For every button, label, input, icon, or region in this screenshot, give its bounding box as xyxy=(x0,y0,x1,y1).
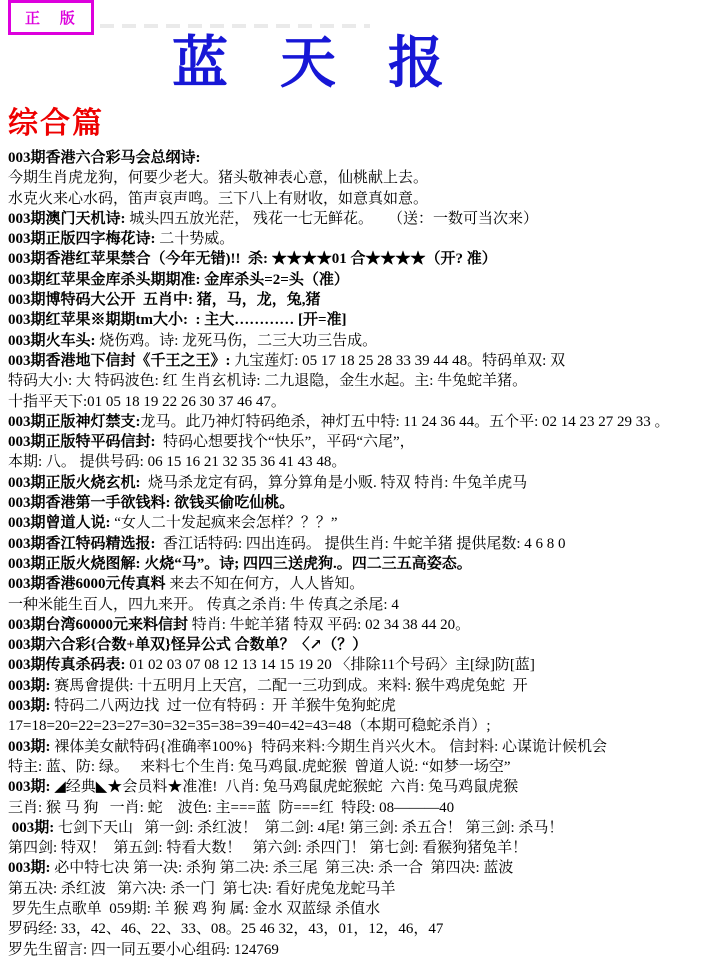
content-line-lead: 003期: xyxy=(8,779,51,795)
content-line-text: 水克火来心水码，笛声哀声鸣。三下八上有财收，如意真如意。 xyxy=(8,191,428,207)
faint-print-artifact xyxy=(100,24,370,28)
content-line-text: “女人二十发起疯来会怎样？？？” xyxy=(111,515,338,531)
content-line: 罗先生留言: 四一同五要小心组码: 124769 xyxy=(8,940,723,960)
content-line-lead: 003期正版神灯禁支: xyxy=(8,414,141,430)
content-line-lead: 003期红苹果※期期tm大小: : 主大………… [开=准] xyxy=(8,312,347,328)
content-line-text: 特主: 蓝、防: 绿。 来料七个生肖: 兔马鸡鼠.虎蛇猴 曾道人说: “如梦一场… xyxy=(8,759,511,775)
content-line-lead: 003期传真杀码表: xyxy=(8,657,126,673)
content-line-lead: 003期香港6000元传真料 xyxy=(8,576,166,592)
content-line: 003期正版四字梅花诗: 二十势威。 xyxy=(8,229,723,249)
content-line: 003期: 赛馬會提供: 十五明月上天宫，二配一三功到成。来料: 猴牛鸡虎兔蛇 … xyxy=(8,676,723,696)
authenticity-badge-label: 正 版 xyxy=(25,11,83,27)
content-line: 003期香港红苹果禁合（今年无错)!! 杀: ★★★★01 合★★★★（开? 准… xyxy=(8,249,723,269)
content-line: 003期红苹果※期期tm大小: : 主大………… [开=准] xyxy=(8,310,723,330)
content-line: 003期正版火烧图解: 火烧“马”。诗; 四四三送虎狗.。四二三五高姿态。 xyxy=(8,554,723,574)
content-line-text: 烧伤鸡。诗: 龙死马伤，二三大功三告成。 xyxy=(96,333,378,349)
content-line: 003期火车头: 烧伤鸡。诗: 龙死马伤，二三大功三告成。 xyxy=(8,331,723,351)
content-line-text: 01 02 03 07 08 12 13 14 15 19 20 〈排除11个号… xyxy=(126,657,535,673)
content-line-text: 特肖: 牛蛇羊猪 特双 平码: 02 34 38 44 20。 xyxy=(188,617,470,633)
content-line: 罗先生点歌单 059期: 羊 猴 鸡 狗 属: 金水 双蓝绿 杀值水 xyxy=(8,899,723,919)
content-line-text: 裸体美女献特码{准确率100%} 特码来料:今期生肖兴火木。 信封料: 心谋诡计… xyxy=(51,739,607,755)
content-line: 003期传真杀码表: 01 02 03 07 08 12 13 14 15 19… xyxy=(8,655,723,675)
content-line-text: 第五决: 杀红波 第六决: 杀一门 第七决: 看好虎兔龙蛇马羊 xyxy=(8,881,396,897)
content-line-text: 罗码经: 33，42、46、22、33、08。25 46 32，43，01，12… xyxy=(8,921,443,937)
content-line-text: 今期生肖虎龙狗，何要少老大。猪头敬神表心意，仙桃献上去。 xyxy=(8,170,428,186)
content-line: 特主: 蓝、防: 绿。 来料七个生肖: 兔马鸡鼠.虎蛇猴 曾道人说: “如梦一场… xyxy=(8,757,723,777)
content-line-text: 特码大小: 大 特码波色: 红 生肖玄机诗: 二九退隐，金生水起。主: 牛兔蛇羊… xyxy=(8,373,527,389)
content-line-lead: 003期博特码大公开 五肖中: 猪，马，龙，兔,猪 xyxy=(8,292,321,308)
content-line-text: 九宝莲灯: 05 17 18 25 28 33 39 44 48。特码单双: 双 xyxy=(231,353,566,369)
content-line-lead: 003期: xyxy=(8,860,51,876)
content-line: 003期台湾60000元来料信封 特肖: 牛蛇羊猪 特双 平码: 02 34 3… xyxy=(8,615,723,635)
tip-sheet-body: 003期香港六合彩马会总纲诗:今期生肖虎龙狗，何要少老大。猪头敬神表心意，仙桃献… xyxy=(8,148,723,960)
content-line-lead: 003期香港红苹果禁合（今年无错)!! 杀: ★★★★01 合★★★★（开? 准… xyxy=(8,251,497,267)
content-line-text: 三肖: 猴 马 狗 一肖: 蛇 波色: 主===蓝 防===红 特段: 08——… xyxy=(8,800,454,816)
content-line-text: 罗先生留言: 四一同五要小心组码: 124769 xyxy=(8,942,279,958)
content-line-lead: 003期火车头: xyxy=(8,333,96,349)
content-line: 三肖: 猴 马 狗 一肖: 蛇 波色: 主===蓝 防===红 特段: 08——… xyxy=(8,798,723,818)
content-line: 003期: 裸体美女献特码{准确率100%} 特码来料:今期生肖兴火木。 信封料… xyxy=(8,737,723,757)
content-line-lead: 003期香港第一手欲钱料: 欲钱买偷吃仙桃。 xyxy=(8,495,294,511)
content-line-text: 城头四五放光茫， 残花一七无鲜花。 （送：一数可当次来） xyxy=(126,211,539,227)
authenticity-badge: 正 版 xyxy=(8,0,94,35)
content-line: 003期: ◢经典◣★会员料★准准! 八肖: 兔马鸡鼠虎蛇猴蛇 六肖: 兔马鸡鼠… xyxy=(8,777,723,797)
content-line: 003期六合彩{合数+单双}怪异公式 合数单？〈↗（？） xyxy=(8,635,723,655)
content-line: 003期香港6000元传真料 来去不知在何方，人人皆知。 xyxy=(8,574,723,594)
content-line-text: 七剑下天山 第一剑: 杀红波！ 第二剑: 4尾! 第三剑: 杀五合！ 第三剑: … xyxy=(54,820,563,836)
content-line-lead: 003期曾道人说: xyxy=(8,515,111,531)
content-line: 第五决: 杀红波 第六决: 杀一门 第七决: 看好虎兔龙蛇马羊 xyxy=(8,879,723,899)
content-line-text: 特码心想要找个“快乐”，平码“六尾”， xyxy=(156,434,415,450)
content-line: 003期香港地下信封《千王之王》: 九宝莲灯: 05 17 18 25 28 3… xyxy=(8,351,723,371)
content-line-text: 赛馬會提供: 十五明月上天宫，二配一三功到成。来料: 猴牛鸡虎兔蛇 开 xyxy=(51,678,528,694)
content-line: 003期曾道人说: “女人二十发起疯来会怎样？？？” xyxy=(8,513,723,533)
content-line-lead: 003期: xyxy=(8,698,51,714)
content-line-lead: 003期澳门天机诗: xyxy=(8,211,126,227)
content-line-text: 第四剑: 特双！ 第五剑: 特看大数！ 第六剑: 杀四门！ 第七剑: 看猴狗猪兔… xyxy=(8,840,527,856)
content-line-lead: 003期香江特码精选报: xyxy=(8,536,156,552)
content-line-lead: 003期正版特平码信封: xyxy=(8,434,156,450)
content-line-text: 龙马。此乃神灯特码绝杀，神灯五中特: 11 24 36 44。五个平: 02 1… xyxy=(141,414,670,430)
content-line-lead: 003期正版四字梅花诗: xyxy=(8,231,156,247)
content-line: 水克火来心水码，笛声哀声鸣。三下八上有财收，如意真如意。 xyxy=(8,189,723,209)
content-line: 17=18=20=22=23=27=30=32=35=38=39=40=42=4… xyxy=(8,716,723,736)
content-line-text: 烧马杀龙定有码，算分算角是小贩. 特双 特肖: 牛兔羊虎马 xyxy=(141,475,528,491)
content-line: 003期: 七剑下天山 第一剑: 杀红波！ 第二剑: 4尾! 第三剑: 杀五合！… xyxy=(8,818,723,838)
content-line-lead: 003期: xyxy=(8,678,51,694)
content-line: 003期香港第一手欲钱料: 欲钱买偷吃仙桃。 xyxy=(8,493,723,513)
content-line: 第四剑: 特双！ 第五剑: 特看大数！ 第六剑: 杀四门！ 第七剑: 看猴狗猪兔… xyxy=(8,838,723,858)
page-title: 蓝天报 xyxy=(172,34,496,96)
content-line: 003期香江特码精选报: 香江话特码: 四出连码。 提供生肖: 牛蛇羊猪 提供尾… xyxy=(8,534,723,554)
content-line: 十指平天下:01 05 18 19 22 26 30 37 46 47。 xyxy=(8,392,723,412)
content-line: 罗码经: 33，42、46、22、33、08。25 46 32，43，01，12… xyxy=(8,919,723,939)
content-line-text: 香江话特码: 四出连码。 提供生肖: 牛蛇羊猪 提供尾数: 4 6 8 0 xyxy=(156,536,566,552)
content-line-lead: 003期六合彩{合数+单双}怪异公式 合数单？〈↗（？） xyxy=(8,637,367,653)
content-line-text: 17=18=20=22=23=27=30=32=35=38=39=40=42=4… xyxy=(8,718,491,734)
content-line: 003期正版神灯禁支:龙马。此乃神灯特码绝杀，神灯五中特: 11 24 36 4… xyxy=(8,412,723,432)
content-line-text: 来去不知在何方，人人皆知。 xyxy=(166,576,365,592)
content-line-text: 一种米能生百人，四九来开。 传真之杀肖: 牛 传真之杀尾: 4 xyxy=(8,597,399,613)
section-heading: 综合篇 xyxy=(8,106,104,142)
content-line-lead: 003期红苹果金库杀头期期准: 金库杀头=2=头（准） xyxy=(8,272,349,288)
content-line-text: 必中特七决 第一决: 杀狗 第二决: 杀三尾 第三决: 杀一合 第四决: 蓝波 xyxy=(51,860,514,876)
content-line: 003期: 特码二八两边找 过一位有特码 : 开 羊猴牛兔狗蛇虎 xyxy=(8,696,723,716)
content-line: 003期红苹果金库杀头期期准: 金库杀头=2=头（准） xyxy=(8,270,723,290)
content-line-lead: 003期正版火烧图解: 火烧“马”。诗; 四四三送虎狗.。四二三五高姿态。 xyxy=(8,556,472,572)
content-line-text: 特码二八两边找 过一位有特码 : 开 羊猴牛兔狗蛇虎 xyxy=(51,698,396,714)
content-line: 003期正版特平码信封: 特码心想要找个“快乐”，平码“六尾”， xyxy=(8,432,723,452)
content-line: 一种米能生百人，四九来开。 传真之杀肖: 牛 传真之杀尾: 4 xyxy=(8,595,723,615)
content-line: 003期正版火烧玄机: 烧马杀龙定有码，算分算角是小贩. 特双 特肖: 牛兔羊虎… xyxy=(8,473,723,493)
content-line-lead: 003期香港地下信封《千王之王》: xyxy=(8,353,231,369)
content-line-text: 十指平天下:01 05 18 19 22 26 30 37 46 47。 xyxy=(8,394,286,410)
content-line: 003期: 必中特七决 第一决: 杀狗 第二决: 杀三尾 第三决: 杀一合 第四… xyxy=(8,858,723,878)
content-line: 003期香港六合彩马会总纲诗: xyxy=(8,148,723,168)
content-line: 特码大小: 大 特码波色: 红 生肖玄机诗: 二九退隐，金生水起。主: 牛兔蛇羊… xyxy=(8,371,723,391)
content-line: 003期博特码大公开 五肖中: 猪，马，龙，兔,猪 xyxy=(8,290,723,310)
content-line-lead: 003期: xyxy=(8,820,54,836)
content-line-text: 二十势威。 xyxy=(156,231,235,247)
content-line-text: 本期: 八。 提供号码: 06 15 16 21 32 35 36 41 43 … xyxy=(8,454,346,470)
content-line-lead: 003期: xyxy=(8,739,51,755)
content-line-lead: 003期香港六合彩马会总纲诗: xyxy=(8,150,201,166)
content-line: 003期澳门天机诗: 城头四五放光茫， 残花一七无鲜花。 （送：一数可当次来） xyxy=(8,209,723,229)
content-line-lead: 003期台湾60000元来料信封 xyxy=(8,617,188,633)
content-line-text: ◢经典◣★会员料★准准! 八肖: 兔马鸡鼠虎蛇猴蛇 六肖: 兔马鸡鼠虎猴 xyxy=(51,779,519,795)
content-line: 本期: 八。 提供号码: 06 15 16 21 32 35 36 41 43 … xyxy=(8,452,723,472)
content-line-lead: 003期正版火烧玄机: xyxy=(8,475,141,491)
content-line-text: 罗先生点歌单 059期: 羊 猴 鸡 狗 属: 金水 双蓝绿 杀值水 xyxy=(8,901,380,917)
content-line: 今期生肖虎龙狗，何要少老大。猪头敬神表心意，仙桃献上去。 xyxy=(8,168,723,188)
